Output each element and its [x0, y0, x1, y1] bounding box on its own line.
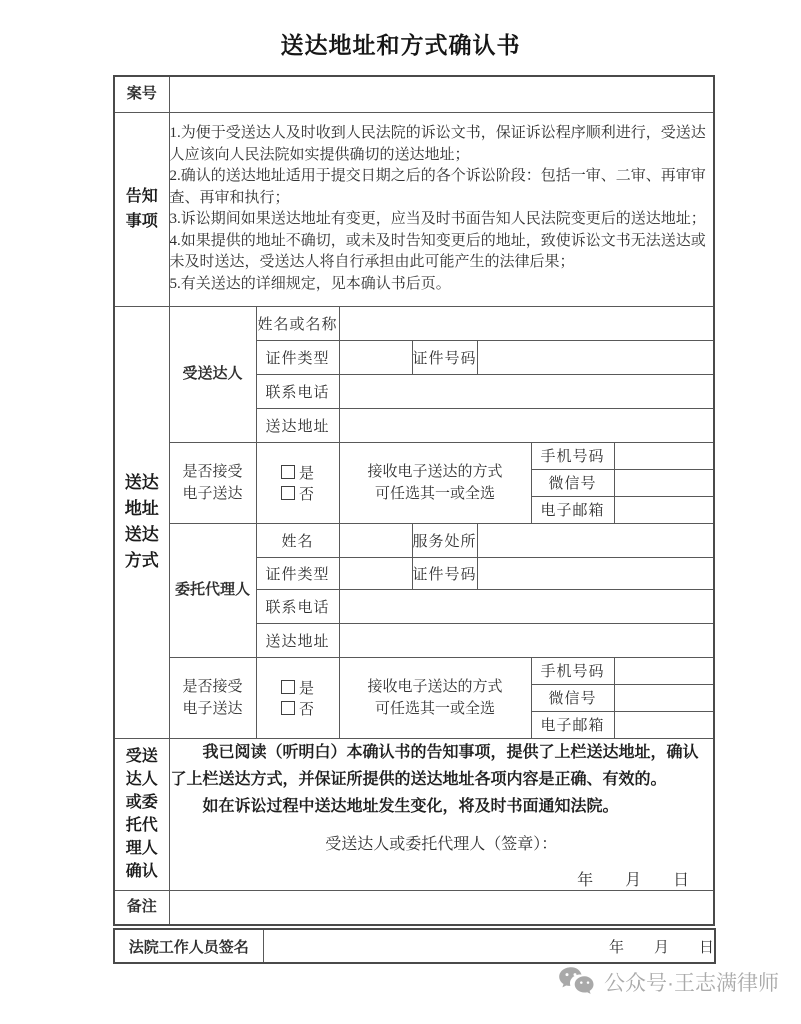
- table-row: 法院工作人员签名 年 月 日: [114, 929, 715, 963]
- wechat-icon: [558, 966, 595, 997]
- recipient-id-number-label: 证件号码: [412, 340, 477, 374]
- confirm-label-line: 受送: [115, 745, 169, 768]
- recipient-eservice-description: 接收电子送达的方式 可任选其一或全选: [339, 442, 531, 523]
- section-label-line: 方式: [115, 548, 169, 574]
- confirmation-paragraph: 如在诉讼过程中送达地址发生变化，将及时书面通知法院。: [170, 793, 714, 820]
- page-title: 送达地址和方式确认书: [0, 27, 801, 60]
- remarks-input-cell[interactable]: [169, 890, 714, 925]
- notice-item: 5.有关送达的详细规定，见本确认书后页。: [170, 274, 714, 296]
- agent-mobile-input-cell[interactable]: [614, 657, 714, 684]
- checkbox-icon: [281, 486, 295, 500]
- case-number-label: 案号: [114, 76, 169, 112]
- notice-text-cell: 1.为便于受送达人及时收到人民法院的诉讼文书，保证诉讼程序顺利进行，受送达人应该…: [169, 112, 714, 306]
- table-row: 是否接受 电子送达 是否 接收电子送达的方式 可任选其一或全选 手机号码: [114, 657, 714, 684]
- agent-id-number-input-cell[interactable]: [477, 557, 714, 589]
- confirmation-section-label: 受送 达人 或委 托代 理人 确认: [114, 738, 169, 890]
- agent-eservice-no-checkbox[interactable]: 否: [281, 698, 314, 719]
- checkbox-icon: [281, 701, 295, 715]
- no-label: 否: [299, 702, 314, 718]
- recipient-id-type-input-cell[interactable]: [339, 340, 412, 374]
- recipient-mobile-label: 手机号码: [531, 442, 614, 469]
- service-address-section-label: 送达 地址 送达 方式: [114, 306, 169, 738]
- agent-email-label: 电子邮箱: [531, 711, 614, 738]
- recipient-wechat-label: 微信号: [531, 469, 614, 496]
- eservice-desc-line: 接收电子送达的方式: [340, 461, 531, 483]
- agent-id-type-label: 证件类型: [256, 557, 339, 589]
- confirm-label-line: 或委: [115, 791, 169, 814]
- yes-label: 是: [299, 466, 314, 482]
- confirmation-date-line: 年 月 日: [170, 867, 714, 890]
- recipient-group-label: 受送达人: [169, 306, 256, 442]
- agent-mobile-label: 手机号码: [531, 657, 614, 684]
- recipient-name-label: 姓名或名称: [256, 306, 339, 340]
- agent-phone-input-cell[interactable]: [339, 589, 714, 623]
- section-label-line: 送达: [115, 522, 169, 548]
- recipient-eservice-checkboxes: 是否: [256, 442, 339, 523]
- agent-id-number-label: 证件号码: [412, 557, 477, 589]
- watermark-text: 公众号·王志满律师: [604, 967, 779, 997]
- agent-wechat-input-cell[interactable]: [614, 684, 714, 711]
- notice-label-line1: 告知: [115, 184, 169, 209]
- eservice-question-line: 电子送达: [170, 698, 256, 720]
- agent-eservice-checkboxes: 是否: [256, 657, 339, 738]
- confirmation-paragraph: 我已阅读（听明白）本确认书的告知事项，提供了上栏送达地址，确认了上栏送达方式，并…: [170, 739, 714, 793]
- agent-eservice-yes-checkbox[interactable]: 是: [281, 677, 314, 698]
- confirm-label-line: 确认: [115, 860, 169, 883]
- confirm-label-line: 达人: [115, 768, 169, 791]
- yes-label: 是: [299, 681, 314, 697]
- notice-label: 告知 事项: [114, 112, 169, 306]
- recipient-email-input-cell[interactable]: [614, 496, 714, 523]
- table-row: 告知 事项 1.为便于受送达人及时收到人民法院的诉讼文书，保证诉讼程序顺利进行，…: [114, 112, 714, 306]
- notice-item: 4.如果提供的地址不确切，或未及时告知变更后的地址，致使诉讼文书无法送达或未及时…: [170, 231, 714, 274]
- notice-item: 3.诉讼期间如果送达地址有变更，应当及时书面告知人民法院变更后的送达地址；: [170, 209, 714, 231]
- recipient-wechat-input-cell[interactable]: [614, 469, 714, 496]
- recipient-eservice-yes-checkbox[interactable]: 是: [281, 462, 314, 483]
- agent-address-label: 送达地址: [256, 623, 339, 657]
- recipient-address-input-cell[interactable]: [339, 408, 714, 442]
- signature-label: 受送达人或委托代理人（签章）：: [170, 831, 714, 854]
- eservice-question-line: 是否接受: [170, 676, 256, 698]
- table-row: 委托代理人 姓名 服务处所: [114, 523, 714, 557]
- table-row: 送达 地址 送达 方式 受送达人 姓名或名称: [114, 306, 714, 340]
- recipient-email-label: 电子邮箱: [531, 496, 614, 523]
- recipient-name-input-cell[interactable]: [339, 306, 714, 340]
- eservice-desc-line: 可任选其一或全选: [340, 698, 531, 720]
- confirm-label-line: 理人: [115, 837, 169, 860]
- agent-eservice-description: 接收电子送达的方式 可任选其一或全选: [339, 657, 531, 738]
- table-row: 备注: [114, 890, 714, 925]
- recipient-phone-input-cell[interactable]: [339, 374, 714, 408]
- section-label-line: 送达: [115, 470, 169, 496]
- agent-office-input-cell[interactable]: [477, 523, 714, 557]
- confirm-label-line: 托代: [115, 814, 169, 837]
- notice-item: 1.为便于受送达人及时收到人民法院的诉讼文书，保证诉讼程序顺利进行，受送达人应该…: [170, 123, 714, 166]
- agent-name-label: 姓名: [256, 523, 339, 557]
- agent-group-label: 委托代理人: [169, 523, 256, 657]
- court-staff-date-cell[interactable]: 年 月 日: [263, 929, 715, 963]
- table-row: 案号: [114, 76, 714, 112]
- agent-name-input-cell[interactable]: [339, 523, 412, 557]
- table-row: 是否接受 电子送达 是否 接收电子送达的方式 可任选其一或全选 手机号码: [114, 442, 714, 469]
- recipient-id-type-label: 证件类型: [256, 340, 339, 374]
- recipient-address-label: 送达地址: [256, 408, 339, 442]
- recipient-mobile-input-cell[interactable]: [614, 442, 714, 469]
- recipient-id-number-input-cell[interactable]: [477, 340, 714, 374]
- agent-address-input-cell[interactable]: [339, 623, 714, 657]
- agent-id-type-input-cell[interactable]: [339, 557, 412, 589]
- recipient-phone-label: 联系电话: [256, 374, 339, 408]
- watermark-footer: 公众号·王志满律师: [558, 966, 779, 997]
- agent-phone-label: 联系电话: [256, 589, 339, 623]
- section-label-line: 地址: [115, 496, 169, 522]
- checkbox-icon: [281, 680, 295, 694]
- notice-item: 2.确认的送达地址适用于提交日期之后的各个诉讼阶段：包括一审、二审、再审审查、再…: [170, 166, 714, 209]
- eservice-desc-line: 可任选其一或全选: [340, 483, 531, 505]
- eservice-question-line: 电子送达: [170, 483, 256, 505]
- agent-office-label: 服务处所: [412, 523, 477, 557]
- recipient-eservice-no-checkbox[interactable]: 否: [281, 483, 314, 504]
- case-number-value-cell[interactable]: [169, 76, 714, 112]
- no-label: 否: [299, 487, 314, 503]
- notice-label-line2: 事项: [115, 209, 169, 234]
- remarks-label: 备注: [114, 890, 169, 925]
- agent-email-input-cell[interactable]: [614, 711, 714, 738]
- eservice-question-line: 是否接受: [170, 461, 256, 483]
- table-row: 受送 达人 或委 托代 理人 确认 我已阅读（听明白）本确认书的告知事项，提供了…: [114, 738, 714, 890]
- recipient-eservice-question: 是否接受 电子送达: [169, 442, 256, 523]
- agent-wechat-label: 微信号: [531, 684, 614, 711]
- agent-eservice-question: 是否接受 电子送达: [169, 657, 256, 738]
- eservice-desc-line: 接收电子送达的方式: [340, 676, 531, 698]
- court-staff-signature-label: 法院工作人员签名: [114, 929, 263, 963]
- confirmation-form-table: 案号 告知 事项 1.为便于受送达人及时收到人民法院的诉讼文书，保证诉讼程序顺利…: [113, 75, 715, 926]
- confirmation-statement-cell: 我已阅读（听明白）本确认书的告知事项，提供了上栏送达地址，确认了上栏送达方式，并…: [169, 738, 714, 890]
- checkbox-icon: [281, 465, 295, 479]
- court-staff-table: 法院工作人员签名 年 月 日: [113, 928, 716, 964]
